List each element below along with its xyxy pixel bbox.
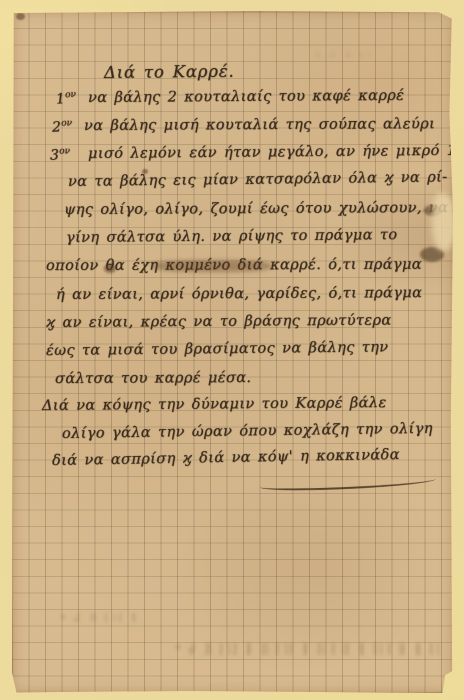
recipe-line: ή αν είναι, αρνί όρνιθα, γαρίδες, ό,τι π… <box>56 285 422 303</box>
recipe-item-1: να βάλης 2 κουταλιαίς του καφέ καρρέ <box>88 88 404 106</box>
list-marker-1: 1ον <box>55 90 76 108</box>
recipe-item-2: να βάλης μισή κουταλιά της σούπας αλεύρι <box>84 116 435 134</box>
closing-line: Διά να κόψης την δύναμιν του Καρρέ βάλε <box>42 395 387 414</box>
bleed-through-marks <box>57 613 147 622</box>
marker-2-ordinal: ον <box>61 118 72 128</box>
recipe-line: σάλτσα του καρρέ μέσα. <box>55 370 252 387</box>
scan-background: Διά το Καρρέ. 1ον 2ον 3ον να βάλης 2 κου… <box>0 0 464 700</box>
marker-3-ordinal: ον <box>59 146 70 156</box>
marker-1-ordinal: ον <box>65 90 77 101</box>
manuscript-page: Διά το Καρρέ. 1ον 2ον 3ον να βάλης 2 κου… <box>12 11 453 693</box>
recipe-line: γίνη σάλτσα ύλη. να ρίψης το πράγμα το <box>66 227 398 246</box>
recipe-line: οποίον θα έχη κομμένο διά καρρέ. ό,τι πρ… <box>46 257 422 274</box>
list-marker-3: 3ον <box>50 146 71 163</box>
bleed-through-marks <box>172 643 442 655</box>
recipe-line: ψης ολίγο, ολίγο, ζουμί έως ότου χυλώσου… <box>64 200 448 218</box>
bleed-through-marks <box>312 51 372 58</box>
list-marker-2: 2ον <box>52 118 73 135</box>
document-title: Διά το Καρρέ. <box>104 62 235 82</box>
recipe-item-3: μισό λεμόνι εάν ήταν μεγάλο, αν ήνε μικρ… <box>88 143 462 162</box>
recipe-line: ϗ αν είναι, κρέας να το βράσης πρωτύτερα <box>46 313 392 331</box>
